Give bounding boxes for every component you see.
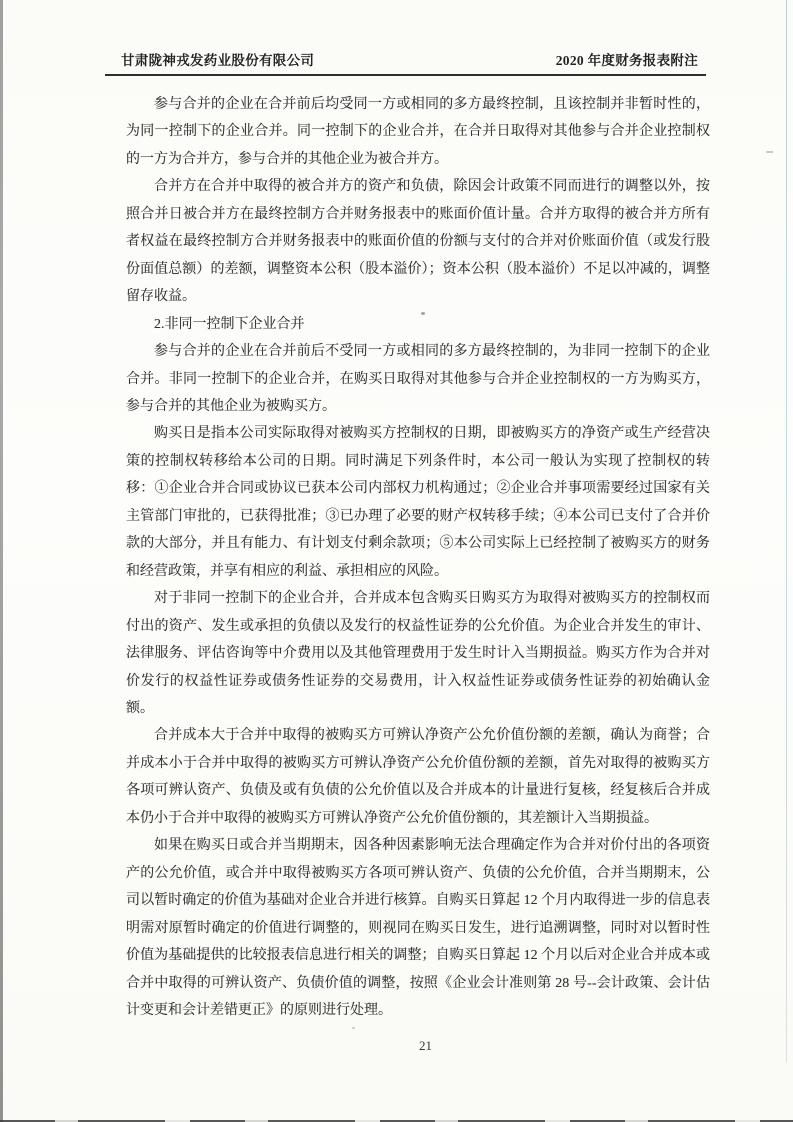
scan-speck	[766, 151, 773, 153]
page-header: 甘肃陇神戎发药业股份有限公司 2020 年度财务报表附注	[105, 49, 706, 76]
scan-edge-left-artifact	[0, 0, 3, 1122]
scanned-document-page: 甘肃陇神戎发药业股份有限公司 2020 年度财务报表附注 参与合并的企业在合并前…	[0, 0, 793, 1122]
scan-speck	[352, 1027, 355, 1029]
paragraph: 合并方在合并中取得的被合并方的资产和负债，除因会计政策不同而进行的调整以外，按照…	[126, 173, 710, 310]
page-footer: 21	[0, 1038, 793, 1054]
company-name: 甘肃陇神戎发药业股份有限公司	[121, 49, 314, 69]
paragraph: 参与合并的企业在合并前后均受同一方或相同的多方最终控制，且该控制并非暂时性的，为…	[126, 91, 710, 173]
paragraph: 合并成本大于合并中取得的被购买方可辨认净资产公允价值份额的差额，确认为商誉；合并…	[126, 722, 710, 832]
scan-line-right-artifact	[786, 0, 787, 1062]
paragraph: 如果在购买日或合并当期期末，因各种因素影响无法合理确定作为合并对价付出的各项资产…	[126, 832, 710, 1024]
section-heading: 2.非同一控制下企业合并	[126, 311, 710, 338]
page-number: 21	[419, 1038, 432, 1053]
report-title: 2020 年度财务报表附注	[556, 49, 698, 69]
paragraph: 购买日是指本公司实际取得对被购买方控制权的日期，即被购买方的净资产或生产经营决策…	[126, 420, 710, 585]
document-body: 参与合并的企业在合并前后均受同一方或相同的多方最终控制，且该控制并非暂时性的，为…	[126, 91, 710, 1024]
paragraph: 对于非同一控制下的企业合并，合并成本包含购买日购买方为取得对被购买方的控制权而付…	[126, 585, 710, 722]
paragraph: 参与合并的企业在合并前后不受同一方或相同的多方最终控制的，为非同一控制下的企业合…	[126, 338, 710, 420]
